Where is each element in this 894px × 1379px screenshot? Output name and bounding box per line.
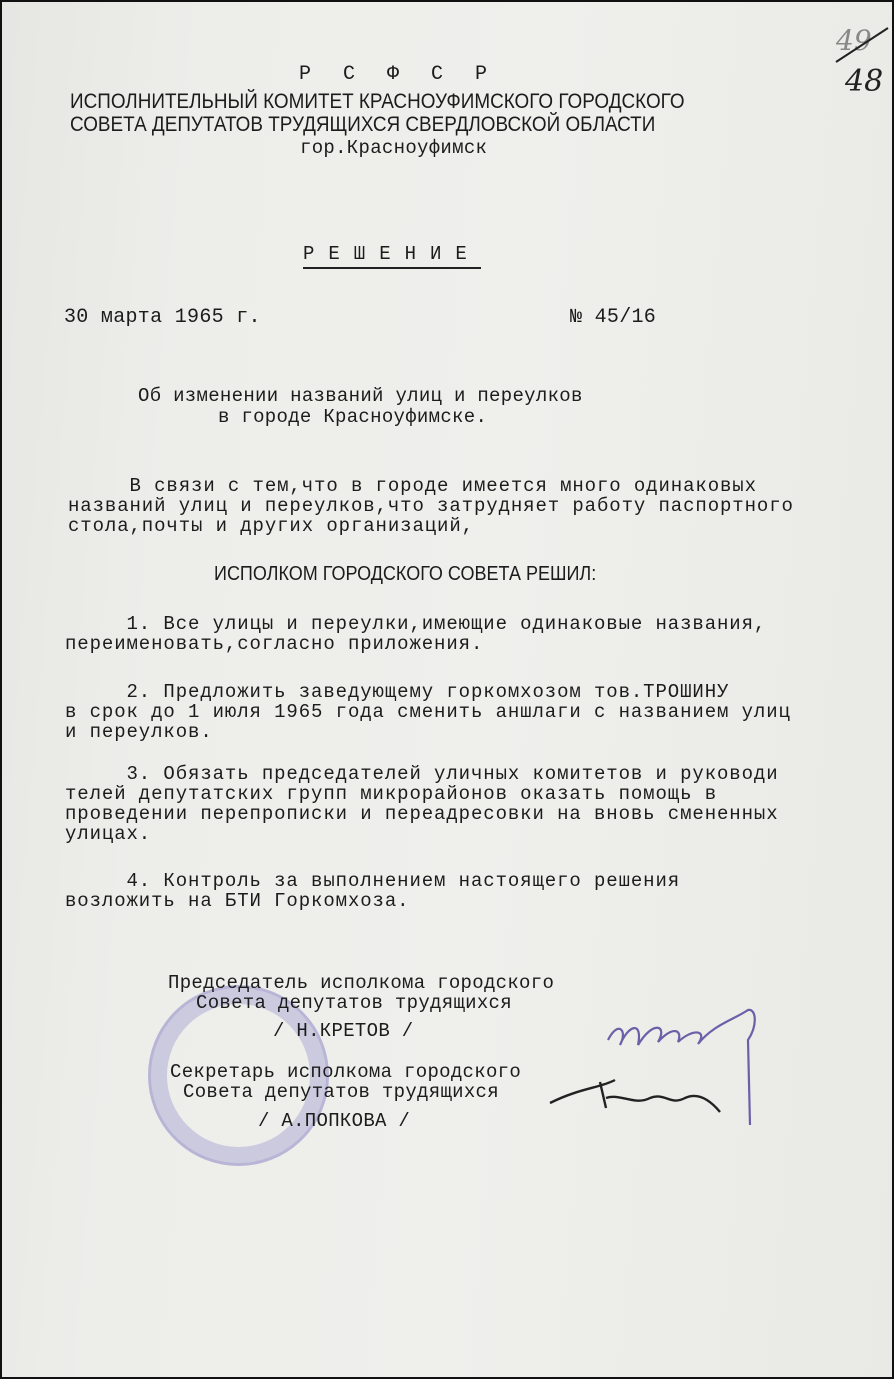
org-line-1: ИСПОЛНИТЕЛЬНЫЙ КОМИТЕТ КРАСНОУФИМСКОГО Г… (70, 90, 685, 114)
item-1-line: 1. Все улицы и переулки,имеющие одинаков… (65, 613, 766, 635)
item-2-line: и переулков. (65, 721, 213, 743)
doc-type-heading: РЕШЕНИЕ (303, 243, 481, 269)
document: 49 48 Р С Ф С Р ИСПОЛНИТЕЛЬНЫЙ КОМИТЕТ К… (0, 0, 890, 1375)
org-line-2: СОВЕТА ДЕПУТАТОВ ТРУДЯЩИХСЯ СВЕРДЛОВСКОЙ… (70, 113, 655, 137)
item-3-line: улицах. (65, 823, 151, 845)
subject-line-1: Об изменении названий улиц и переулков (138, 385, 583, 407)
subject-line-2: в городе Красноуфимске. (218, 406, 487, 428)
chairman-name: / Н.КРЕТОВ / (273, 1020, 413, 1042)
item-3-line: телей депутатских групп микрорайонов ока… (65, 783, 717, 805)
city-line: гор.Красноуфимск (300, 137, 487, 159)
preamble-line: стола,почты и других организаций, (68, 515, 474, 537)
chairman-title-line-1: Председатель исполкома городского (168, 972, 554, 994)
strike-icon (830, 22, 892, 66)
resolution-heading: ИСПОЛКОМ ГОРОДСКОГО СОВЕТА РЕШИЛ: (214, 563, 596, 586)
preamble-line: названий улиц и переулков,что затрудняет… (68, 495, 794, 517)
item-2-line: 2. Предложить заведующему горкомхозом то… (65, 681, 729, 703)
item-2-line: в срок до 1 июля 1965 года сменить аншла… (65, 701, 791, 723)
secretary-title-line-1: Секретарь исполкома городского (170, 1061, 521, 1083)
item-3-line: 3. Обязать председателей уличных комитет… (65, 763, 779, 785)
item-4-line: 4. Контроль за выполнением настоящего ре… (65, 870, 680, 892)
secretary-name: / А.ПОПКОВА / (258, 1110, 410, 1132)
document-number: № 45/16 (570, 306, 656, 329)
item-4-line: возложить на БТИ Горкомхоза. (65, 890, 409, 912)
secretary-signature (540, 1068, 730, 1128)
secretary-title-line-2: Совета депутатов трудящихся (183, 1081, 499, 1103)
item-3-line: проведении перепрописки и переадресовки … (65, 803, 779, 825)
document-date: 30 марта 1965 г. (64, 306, 261, 329)
page-number: 48 (845, 64, 883, 99)
preamble-line: В связи с тем,что в городе имеется много… (68, 475, 757, 497)
chairman-title-line-2: Совета депутатов трудящихся (196, 992, 512, 1014)
item-1-line: переименовать,согласно приложения. (65, 633, 483, 655)
country-heading: Р С Ф С Р (299, 63, 497, 86)
